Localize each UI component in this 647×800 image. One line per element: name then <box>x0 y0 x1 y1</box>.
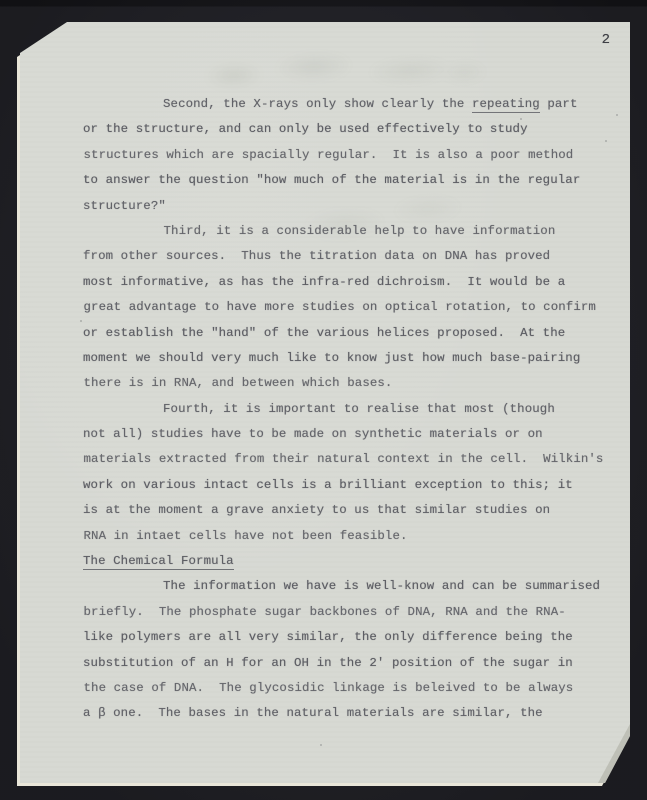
typescript-line: not all) studies have to be made on synt… <box>83 422 603 447</box>
page-number: 2 <box>590 32 610 48</box>
typescript-line: structures which are spacially regular. … <box>84 143 604 168</box>
typescript-line: great advantage to have more studies on … <box>84 295 604 320</box>
typescript-line: work on various intact cells is a brilli… <box>83 473 603 498</box>
scanned-photograph: { "page": { "page_number": "2", "paper_c… <box>0 0 647 800</box>
typescript-lines: Second, the X-rays only show clearly the… <box>83 92 603 727</box>
underlined-text: repeating <box>472 97 540 113</box>
paper-speckle <box>616 114 618 116</box>
paper-speckle <box>80 320 82 322</box>
text-segment: is at the moment a grave anxiety to us t… <box>83 503 550 517</box>
typescript-line: Fourth, it is important to realise that … <box>83 397 603 422</box>
paper-speckle <box>568 454 570 456</box>
text-segment: most informative, as has the infra-red d… <box>83 275 565 289</box>
text-segment: Fourth, it is important to realise that … <box>163 402 555 416</box>
text-segment: RNA in intaet cells have not been feasib… <box>84 529 408 543</box>
typescript-line: from other sources. Thus the titration d… <box>83 244 603 269</box>
section-heading: The Chemical Formula <box>83 549 603 574</box>
text-segment: substitution of an H for an OH in the 2'… <box>83 656 573 670</box>
text-segment: like polymers are all very similar, the … <box>83 630 573 644</box>
typescript-line: the case of DNA. The glycosidic linkage … <box>84 676 604 701</box>
text-segment: structures which are spacially regular. … <box>84 148 574 162</box>
text-segment: materials extracted from their natural c… <box>84 452 604 466</box>
typescript-line: briefly. The phosphate sugar backbones o… <box>84 600 604 625</box>
text-segment: not all) studies have to be made on synt… <box>83 427 543 441</box>
typescript-line: materials extracted from their natural c… <box>84 447 604 472</box>
typescript-line: Second, the X-rays only show clearly the… <box>83 92 603 117</box>
text-segment: Third, it is a considerable help to have… <box>164 224 556 238</box>
underlined-text: The Chemical Formula <box>83 554 234 570</box>
text-segment: or establish the "hand" of the various h… <box>83 326 565 340</box>
text-segment: part <box>540 97 578 111</box>
typescript-line: to answer the question "how much of the … <box>83 168 603 193</box>
typescript-line: moment we should very much like to know … <box>83 346 603 371</box>
typescript-line: most informative, as has the infra-red d… <box>83 270 603 295</box>
text-segment: The information we have is well-know and… <box>163 579 600 593</box>
typescript-line: structure?" <box>83 194 603 219</box>
typescript-line: or establish the "hand" of the various h… <box>83 321 603 346</box>
typescript-line: is at the moment a grave anxiety to us t… <box>83 498 603 523</box>
typescript-line: Third, it is a considerable help to have… <box>84 219 604 244</box>
typescript-line: like polymers are all very similar, the … <box>83 625 603 650</box>
typescript-line: substitution of an H for an OH in the 2'… <box>83 651 603 676</box>
text-segment: from other sources. Thus the titration d… <box>83 249 550 263</box>
paper-speckle <box>520 118 522 120</box>
text-segment: work on various intact cells is a brilli… <box>83 478 573 492</box>
typescript-line: or the structure, and can only be used e… <box>83 117 603 142</box>
paper-speckle <box>320 744 322 746</box>
text-segment: briefly. The phosphate sugar backbones o… <box>84 605 566 619</box>
typescript-line: a β one. The bases in the natural materi… <box>83 701 603 726</box>
text-segment: Second, the X-rays only show clearly the <box>163 97 472 111</box>
typescript-line: RNA in intaet cells have not been feasib… <box>84 524 604 549</box>
text-segment: structure?" <box>83 199 166 213</box>
text-segment: a β one. The bases in the natural materi… <box>83 706 543 720</box>
typescript-line: The information we have is well-know and… <box>83 574 603 599</box>
text-segment: moment we should very much like to know … <box>83 351 580 365</box>
text-segment: to answer the question "how much of the … <box>83 173 580 187</box>
text-segment: great advantage to have more studies on … <box>84 300 596 314</box>
text-segment: there is in RNA, and between which bases… <box>84 376 393 390</box>
paper-speckle <box>605 140 607 142</box>
typescript-page: 2 Second, the X-rays only show clearly t… <box>20 22 630 783</box>
text-segment: or the structure, and can only be used e… <box>83 122 528 136</box>
typescript-line: there is in RNA, and between which bases… <box>84 371 604 396</box>
text-segment: the case of DNA. The glycosidic linkage … <box>84 681 574 695</box>
